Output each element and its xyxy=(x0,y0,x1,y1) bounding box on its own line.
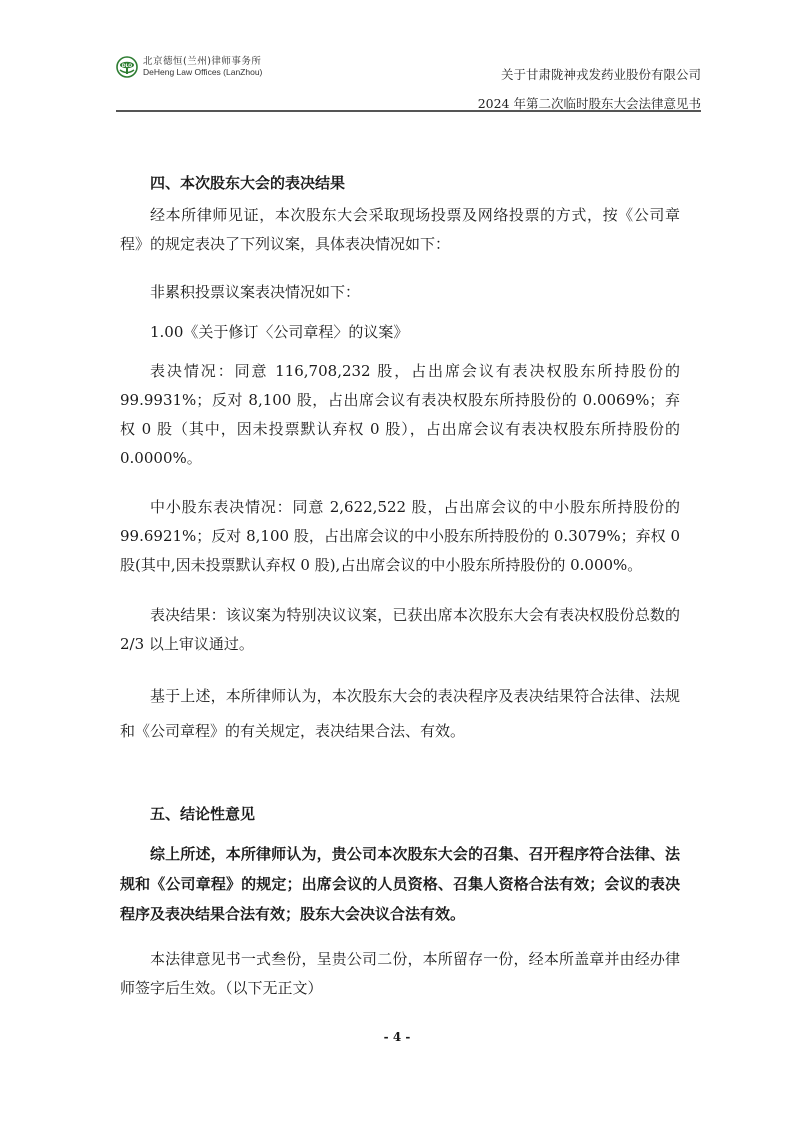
firm-logo-icon: DLO xyxy=(116,56,138,78)
section4-summary: 基于上述，本所律师认为，本次股东大会的表决程序及表决结果符合法律、法规和《公司章… xyxy=(120,679,680,749)
section4-heading: 四、本次股东大会的表决结果 xyxy=(150,172,345,193)
vote-result: 表决结果：该议案为特别决议议案，已获出席本次股东大会有表决权股份总数的 2/3 … xyxy=(120,601,680,659)
svg-text:DLO: DLO xyxy=(122,63,132,69)
firm-name-en: DeHeng Law Offices (LanZhou) xyxy=(143,67,262,78)
copies-statement: 本法律意见书一式叁份，呈贵公司二份，本所留存一份，经本所盖章并由经办律师签字后生… xyxy=(120,945,680,1003)
firm-logo: DLO 北京德恒(兰州)律师事务所 DeHeng Law Offices (La… xyxy=(116,56,262,78)
section4-intro: 经本所律师见证，本次股东大会采取现场投票及网络投票的方式，按《公司章程》的规定表… xyxy=(120,201,680,259)
conclusion-text: 综上所述，本所律师认为，贵公司本次股东大会的召集、召开程序符合法律、法规和《公司… xyxy=(120,839,680,929)
header-company-title: 关于甘肃陇神戎发药业股份有限公司 xyxy=(501,65,701,83)
vote-all-shareholders: 表决情况：同意 116,708,232 股，占出席会议有表决权股东所持股份的 9… xyxy=(120,357,680,473)
page-header: DLO 北京德恒(兰州)律师事务所 DeHeng Law Offices (La… xyxy=(116,56,701,112)
proposal-title: 1.00《关于修订〈公司章程〉的议案》 xyxy=(120,318,680,347)
section5-heading: 五、结论性意见 xyxy=(150,803,255,824)
non-cumulative-label: 非累积投票议案表决情况如下： xyxy=(120,278,680,307)
firm-name-cn: 北京德恒(兰州)律师事务所 xyxy=(143,56,262,67)
page-number: - 4 - xyxy=(0,1030,794,1044)
header-divider xyxy=(116,110,701,112)
vote-minority-shareholders: 中小股东表决情况：同意 2,622,522 股，占出席会议的中小股东所持股份的 … xyxy=(120,493,680,580)
